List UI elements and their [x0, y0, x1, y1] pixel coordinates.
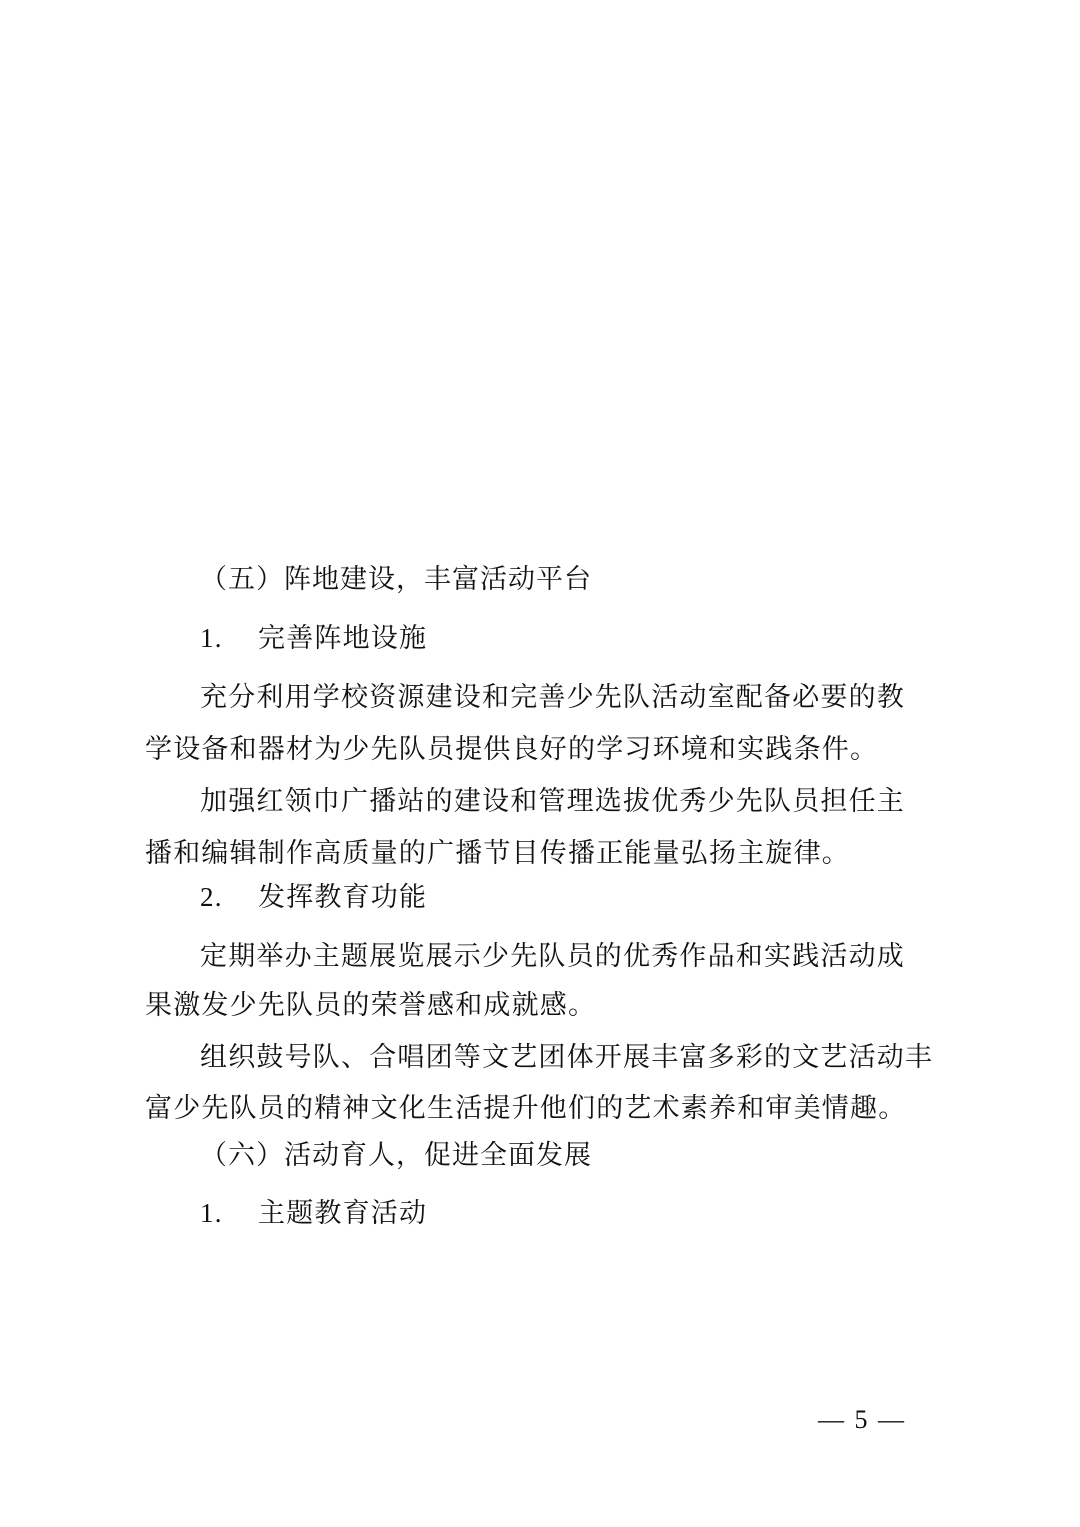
- subheading-2: 2.发挥教育功能: [200, 877, 427, 918]
- section-heading-5: （五）阵地建设，丰富活动平台: [200, 560, 592, 600]
- subheading-number: 2.: [200, 877, 258, 917]
- subheading-number: 1.: [200, 1193, 258, 1233]
- subheading-title: 发挥教育功能: [258, 882, 427, 913]
- page-number: — 5 —: [818, 1405, 906, 1435]
- paragraph-line: 播和编辑制作高质量的广播节目传播正能量弘扬主旋律。: [145, 834, 850, 874]
- subheading-3: 1.主题教育活动: [200, 1193, 427, 1234]
- subheading-title: 完善阵地设施: [258, 623, 427, 654]
- paragraph-line: 加强红领巾广播站的建设和管理选拔优秀少先队员担任主: [200, 782, 905, 822]
- subheading-number: 1.: [200, 618, 258, 658]
- paragraph-line: 富少先队员的精神文化生活提升他们的艺术素养和审美情趣。: [145, 1089, 906, 1129]
- subheading-title: 主题教育活动: [258, 1198, 427, 1229]
- paragraph-line: 组织鼓号队、合唱团等文艺团体开展丰富多彩的文艺活动丰: [200, 1038, 933, 1078]
- paragraph-line: 定期举办主题展览展示少先队员的优秀作品和实践活动成: [200, 937, 905, 977]
- paragraph-line: 充分利用学校资源建设和完善少先队活动室配备必要的教: [200, 678, 905, 718]
- document-page: （五）阵地建设，丰富活动平台 1.完善阵地设施 充分利用学校资源建设和完善少先队…: [0, 0, 1080, 1527]
- paragraph-line: 学设备和器材为少先队员提供良好的学习环境和实践条件。: [145, 730, 878, 770]
- subheading-1: 1.完善阵地设施: [200, 618, 427, 659]
- section-heading-6: （六）活动育人，促进全面发展: [200, 1136, 592, 1176]
- paragraph-line: 果激发少先队员的荣誉感和成就感。: [145, 986, 596, 1026]
